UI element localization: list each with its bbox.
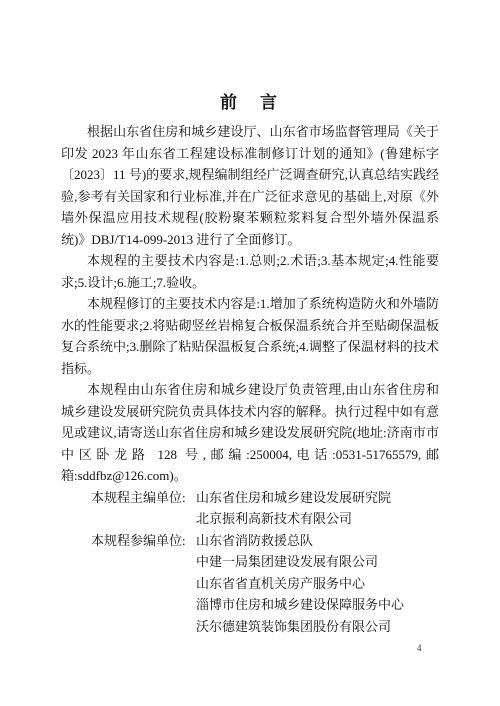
participant-row: 中建一局集团建设发展有限公司 <box>61 551 439 573</box>
preface-paragraph-management: 本规程由山东省住房和城乡建设厅负责管理,由山东省住房和城乡建设发展研究院负责具体… <box>61 379 439 487</box>
participant-unit: 山东省消防救援总队 <box>196 530 313 552</box>
participant-row: 淄博市住房和城乡建设保障服务中心 <box>61 594 439 616</box>
preface-paragraph-contents: 本规程的主要技术内容是:1.总则;2.术语;3.基本规定;4.性能要求;5.设计… <box>61 250 439 293</box>
chief-editor-row: 本规程主编单位: 山东省住房和城乡建设发展研究院 <box>61 487 439 509</box>
participant-unit: 沃尔德建筑装饰集团股份有限公司 <box>196 616 391 638</box>
participant-row: 沃尔德建筑装饰集团股份有限公司 <box>61 616 439 638</box>
participant-unit: 淄博市住房和城乡建设保障服务中心 <box>196 594 404 616</box>
participants-label: 本规程参编单位: <box>91 530 196 552</box>
document-page: 前 言 根据山东省住房和城乡建设厅、山东省市场监督管理局《关于印发 2023 年… <box>0 0 500 706</box>
preface-paragraph-revisions: 本规程修订的主要技术内容是:1.增加了系统构造防火和外墙防水的性能要求;2.将贴… <box>61 293 439 379</box>
participant-unit: 山东省省直机关房产服务中心 <box>196 573 365 595</box>
preface-body: 根据山东省住房和城乡建设厅、山东省市场监督管理局《关于印发 2023 年山东省工… <box>61 121 439 637</box>
chief-editor-label: 本规程主编单位: <box>91 487 196 509</box>
chief-editor-row: 北京振利高新技术有限公司 <box>61 508 439 530</box>
page-number: 4 <box>417 643 422 653</box>
preface-paragraph-basis: 根据山东省住房和城乡建设厅、山东省市场监督管理局《关于印发 2023 年山东省工… <box>61 121 439 250</box>
chief-editor-unit: 北京振利高新技术有限公司 <box>196 508 352 530</box>
chief-editor-unit: 山东省住房和城乡建设发展研究院 <box>196 487 391 509</box>
page-title: 前 言 <box>0 0 500 114</box>
participant-row: 山东省省直机关房产服务中心 <box>61 573 439 595</box>
participant-row: 本规程参编单位: 山东省消防救援总队 <box>61 530 439 552</box>
participant-unit: 中建一局集团建设发展有限公司 <box>196 551 378 573</box>
